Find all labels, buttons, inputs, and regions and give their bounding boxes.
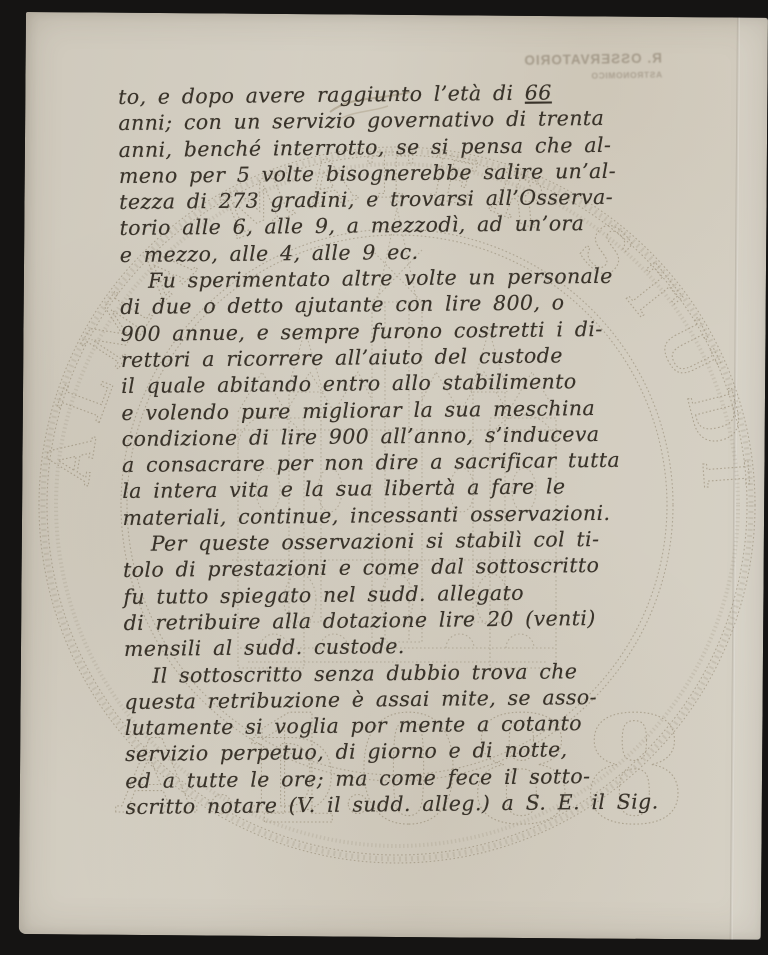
line-text: to, e dopo avere raggiunto l’età di (118, 81, 525, 109)
handwritten-letter: to, e dopo avere raggiunto l’età di 66 a… (118, 77, 756, 820)
photo-background: ALMA MATER STUDIORUM A.D. 1088 (0, 0, 768, 955)
underlined-age: 66 (525, 80, 552, 104)
